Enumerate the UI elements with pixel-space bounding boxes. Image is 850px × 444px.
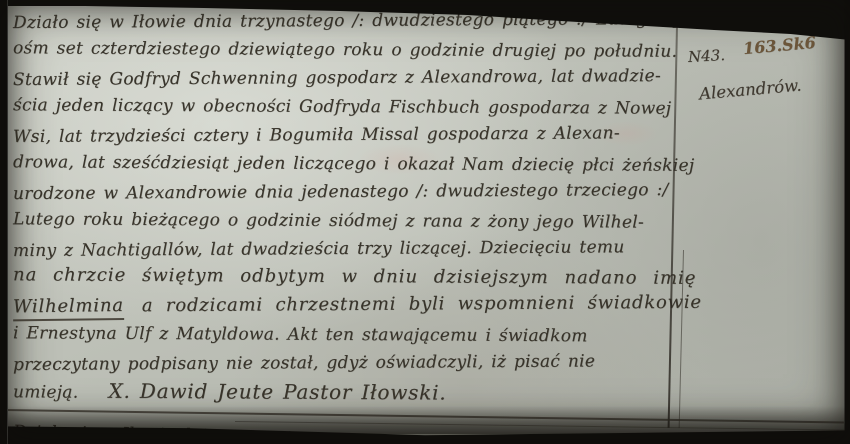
child-name-underlined: Wilhelmina <box>13 295 124 321</box>
record-line-7: urodzone w Alexandrowie dnia jedenastego… <box>13 179 673 205</box>
margin-record-number: N43. <box>688 46 726 66</box>
record-line-12: i Ernestyna Ulf z Matyldowa. Akt ten sta… <box>13 322 673 347</box>
photo-edge-right <box>844 0 850 444</box>
photo-edge-left <box>0 0 8 444</box>
record-line-11-rest: a rodzicami chrzestnemi byli wspomnieni … <box>142 292 702 316</box>
record-line-5: Wsi, lat trzydzieści cztery i Bogumiła M… <box>13 122 673 148</box>
record-line-9: miny z Nachtigallów, lat dwadzieścia trz… <box>13 236 673 262</box>
record-line-8: Lutego roku bieżącego o godzinie siódmej… <box>13 208 673 233</box>
record-line-11: Wilhelminaa rodzicami chrzestnemi byli w… <box>13 292 673 321</box>
pastor-signature: X. Dawid Jeute Pastor Iłowski. <box>108 380 446 404</box>
document-scan: Działo się w Iłowie dnia trzynastego /: … <box>0 0 850 444</box>
record-line-2: ośm set czterdziestego dziewiątego roku … <box>13 37 673 62</box>
record-line-13: przeczytany podpisany nie został, gdyż o… <box>13 350 673 376</box>
record-text-block: Działo się w Iłowie dnia trzynastego /: … <box>13 0 673 444</box>
record-line-4: ścia jeden liczący w obecności Godfryda … <box>13 94 673 119</box>
record-line-14: umieją. X. Dawid Jeute Pastor Iłowski. <box>13 379 673 406</box>
record-line-10: na chrzcie świętym odbytym w dniu dzisie… <box>13 264 673 289</box>
closing-word: umieją. <box>13 381 79 403</box>
record-line-3: Stawił się Godfryd Schwenning gospodarz … <box>13 65 673 91</box>
record-line-6: drowa, lat sześćdziesiąt jeden liczącego… <box>13 151 673 176</box>
